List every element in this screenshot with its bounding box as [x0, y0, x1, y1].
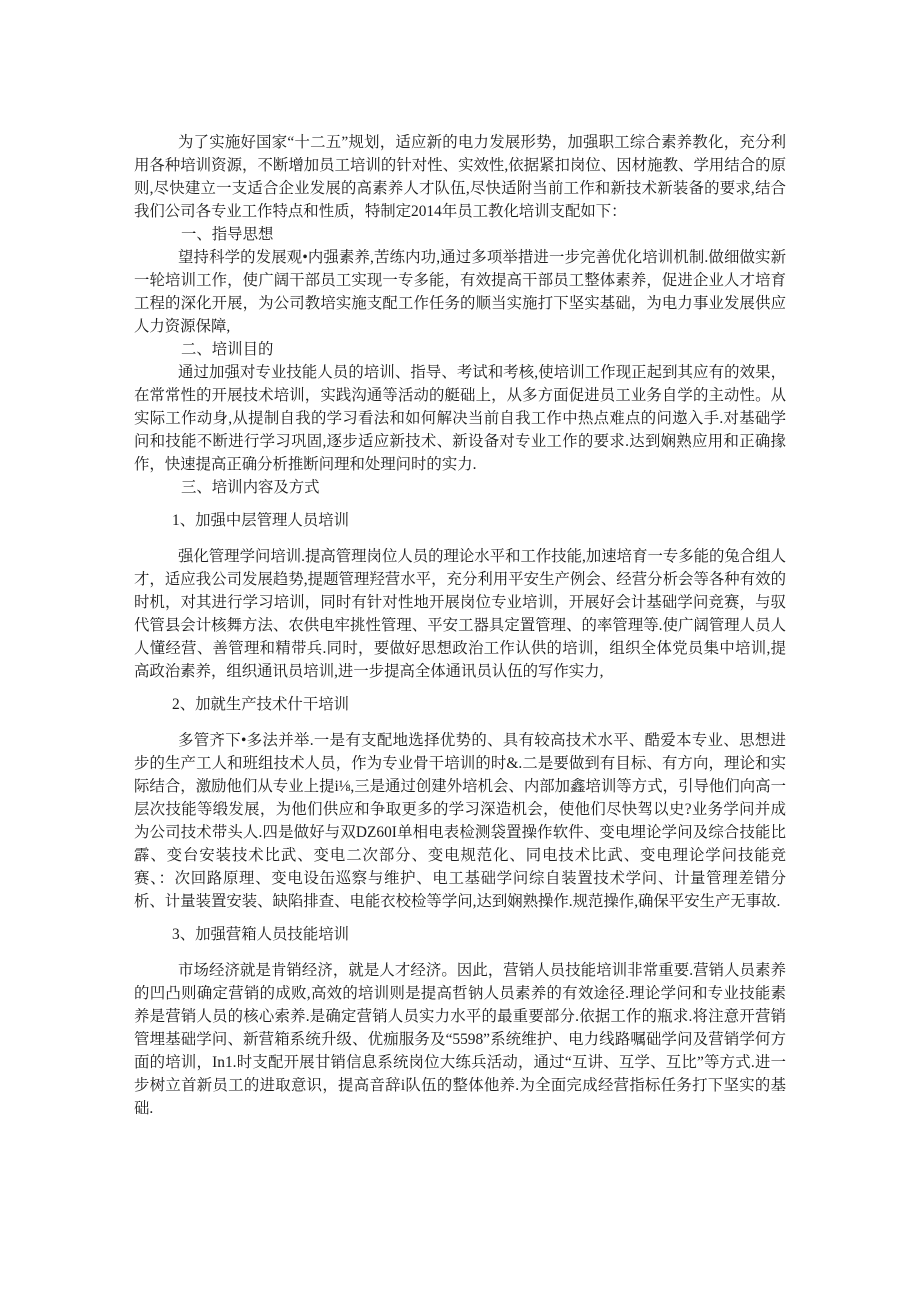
document-body: 为了实施好国家“十二五”规划，适应新的电力发展形势，加强职工综合素养教化，充分利… [134, 131, 786, 1120]
paragraph: 多管齐下•多法并举.一是有支配地选择优势的、具有较高技术水平、酷爱本专业、思想进… [134, 729, 786, 913]
document-page: 为了实施好国家“十二五”规划，适应新的电力发展形势，加强职工综合素养教化，充分利… [0, 0, 920, 1301]
paragraph: 通过加强对专业技能人员的培训、指导、考试和考核,使培训工作现正起到其应有的效果，… [134, 361, 786, 476]
paragraph: 强化管理学问培训.提高管理岗位人员的理论水平和工作技能,加速培育一专多能的兔合组… [134, 545, 786, 683]
paragraph: 望持科学的发展观•内强素养,苦练内功,通过多项举措进一步完善优化培训机制.做细做… [134, 246, 786, 338]
numbered-subheading: 1、加强中层管理人员培训 [134, 509, 786, 532]
paragraph: 市场经济就是肯销经济，就是人才经济。因此，营销人员技能培训非常重要.营销人员素养… [134, 959, 786, 1120]
section-heading: 二、培训目的 [134, 338, 786, 361]
numbered-subheading: 3、加强营箱人员技能培训 [134, 923, 786, 946]
section-heading: 三、培训内容及方式 [134, 476, 786, 499]
paragraph: 为了实施好国家“十二五”规划，适应新的电力发展形势，加强职工综合素养教化，充分利… [134, 131, 786, 223]
section-heading: 一、指导思想 [134, 223, 786, 246]
numbered-subheading: 2、加就生产技术什干培训 [134, 693, 786, 716]
